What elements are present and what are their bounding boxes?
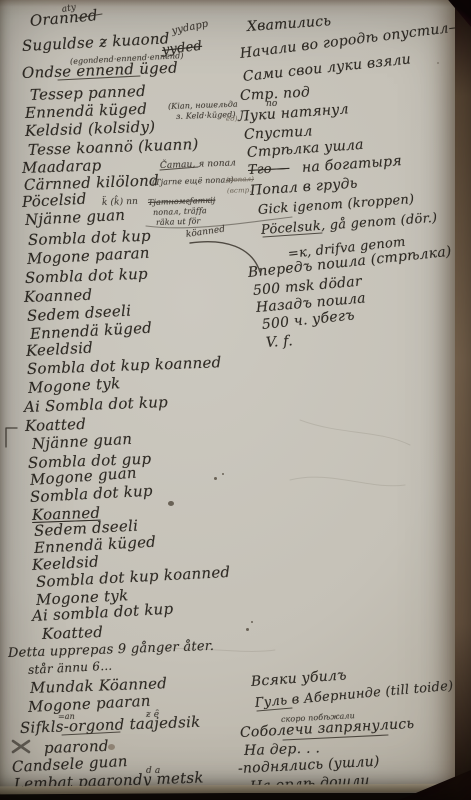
manuscript-line: Тго — [248,162,290,177]
manuscript-line: Sombla dot kup [30,484,154,505]
ink-speck [222,473,224,475]
manuscript-line: Попал в грудь [250,176,359,197]
manuscript-line: Mogone paaran [28,694,151,715]
manuscript-line: Mogone paaran [27,246,150,267]
marginal-note: yydapp [171,19,209,36]
manuscript-line: Koanned [24,288,93,305]
marginal-note: räka ut för [156,217,201,227]
ink-speck [251,621,253,623]
marginal-note: ед), [226,116,240,123]
ink-speck [246,628,249,631]
manuscript-line: Всяки убилъ [251,668,348,689]
manuscript-line: Detta upprepas 9 gånger åter. [8,640,215,660]
ink-speck [437,62,439,64]
manuscript-line: Njänne guan [32,432,133,452]
marginal-note: Čamau, я попал [160,159,236,171]
manuscript-line: Sombla dot kup [25,267,148,286]
manuscript-line: Oranned [29,8,98,29]
manuscript-line: V. f. [266,334,294,350]
manuscript-line: Tesse koannö (kuann) [28,137,199,158]
manuscript-line: Луки натянул [238,102,350,124]
manuscript-line: Mogone tyk [28,376,121,396]
manuscript-line: Sombla dot kup koanned [27,355,222,377]
ink-speck [168,501,174,506]
book-gutter-edge [455,0,471,800]
ink-speck [108,744,115,750]
manuscript-line: Ai sombla dot kup [32,602,174,624]
manuscript-line: Njänne guan [25,208,126,228]
manuscript-line: Соболечи запрянулись [240,717,415,740]
manuscript-line: Хватились [247,14,332,34]
manuscript-line: Keeldsid [26,341,94,359]
manuscript-line: Спустил [244,124,313,142]
manuscript-line: на богатыря [302,154,403,175]
manuscript-line: Keldsid (kolsidy) [25,119,156,139]
manuscript-line: Cärnned kilölond [24,173,159,193]
marginal-note: köanned [185,226,225,240]
page-paper: atyOrannedyydappSuguldse ƶ kuaondyyded(e… [0,0,457,793]
manuscript-line: Suguldse ƶ kuaond [22,31,170,54]
manuscript-line: står ännu 6… [28,660,113,676]
text-layer: atyOrannedyydappSuguldse ƶ kuaondyyded(e… [0,0,457,793]
marginal-note: (встр. [227,187,252,195]
marginal-note: (Tjarne ещё попал) [152,176,234,187]
photo-frame: atyOrannedyydappSuguldse ƶ kuaondyyded(e… [0,0,471,800]
manuscript-line: Ai Sombla dot kup [24,395,169,415]
manuscript-line: Ondse ennend üged [22,61,178,81]
manuscript-line: На дер. . . [244,741,321,758]
ink-speck [214,477,217,480]
manuscript-line: Koatted [42,625,104,642]
manuscript-line: Koatted [25,417,87,434]
manuscript-line: Sifkls-orgond taajedsik [20,715,201,736]
